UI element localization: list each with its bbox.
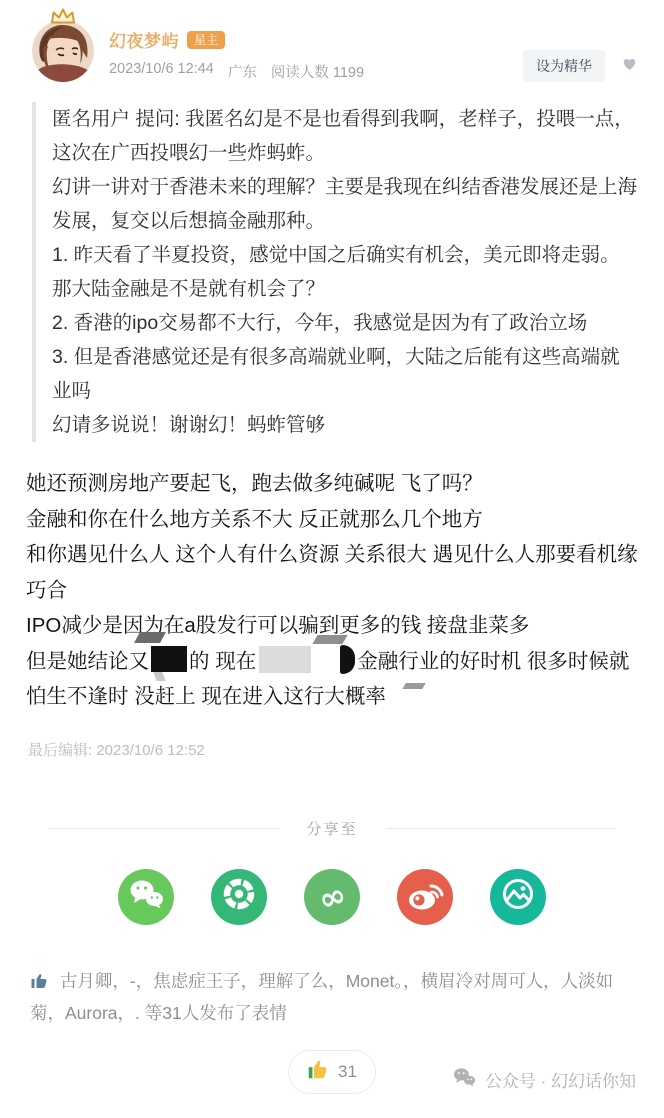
thumb-up-emoji-icon <box>307 1059 329 1085</box>
post-date: 2023/10/6 12:44 <box>109 61 214 82</box>
answer-paragraph-redacted: 但是她结论又的 现在金融行业的好时机 很多时候就怕生不逢时 没赶上 现在进入这行… <box>26 644 642 715</box>
divider-line <box>48 828 279 829</box>
poster-image-icon <box>500 876 536 917</box>
moments-aperture-icon <box>221 876 257 917</box>
wechat-icon <box>127 877 165 916</box>
share-wechat-button[interactable] <box>118 869 174 925</box>
like-button[interactable]: 31 <box>288 1050 376 1094</box>
avatar[interactable] <box>32 20 94 82</box>
reaction-names: 古月卿，-，焦虑症王子，理解了么，Monet。，横眉冷对周可人，人淡如菊，Aur… <box>30 971 613 1023</box>
last-edited-label: 最后编辑: 2023/10/6 12:52 <box>28 739 664 760</box>
post-header: 幻夜梦屿 星主 2023/10/6 12:44 广东 阅读人数 1199 设为精… <box>0 0 664 82</box>
post-meta: 2023/10/6 12:44 广东 阅读人数 1199 <box>109 61 364 82</box>
quoted-question: 匿名用户 提问: 我匿名幻是不是也看得到我啊，老样子，投喂一点，这次在广西投喂幻… <box>32 102 638 442</box>
answer-paragraph: 她还预测房地产要起飞，跑去做多纯碱呢 飞了吗？ <box>26 466 642 502</box>
reaction-list[interactable]: 古月卿，-，焦虑症王子，理解了么，Monet。，横眉冷对周可人，人淡如菊，Aur… <box>30 967 634 1028</box>
answer-paragraph: 和你遇见什么人 这个人有什么资源 关系很大 遇见什么人那要看机缘巧合 <box>26 537 642 608</box>
author-info: 幻夜梦屿 星主 2023/10/6 12:44 广东 阅读人数 1199 <box>109 20 364 82</box>
bottom-row: 31 公众号 · 幻幻话你知 <box>0 1050 664 1110</box>
divider-line <box>386 828 617 829</box>
like-count: 31 <box>338 1062 357 1082</box>
heart-icon[interactable] <box>621 56 638 77</box>
share-title: 分享至 <box>307 818 358 839</box>
read-count: 阅读人数 1199 <box>271 61 364 82</box>
weibo-icon <box>405 876 445 917</box>
thumb-up-icon <box>30 974 54 994</box>
share-icon-row: ∞ <box>0 869 664 925</box>
crown-icon <box>48 7 78 30</box>
account-footer: 公众号 · 幻幻话你知 <box>451 1066 636 1093</box>
set-digest-button[interactable]: 设为精华 <box>523 50 605 82</box>
post-page: 幻夜梦屿 星主 2023/10/6 12:44 广东 阅读人数 1199 设为精… <box>0 0 664 1118</box>
redaction-gray-box <box>259 646 311 673</box>
redaction-blob <box>340 645 355 674</box>
owner-badge: 星主 <box>187 31 225 49</box>
answer-paragraph: 金融和你在什么地方关系不大 反正就那么几个地方 <box>26 502 642 538</box>
share-divider: 分享至 <box>48 818 616 839</box>
share-poster-button[interactable] <box>490 869 546 925</box>
share-weibo-button[interactable] <box>397 869 453 925</box>
share-moments-button[interactable] <box>211 869 267 925</box>
username[interactable]: 幻夜梦屿 <box>109 27 179 52</box>
redaction-black-box <box>151 646 187 672</box>
answer-body: 她还预测房地产要起飞，跑去做多纯碱呢 飞了吗？ 金融和你在什么地方关系不大 反正… <box>26 466 642 715</box>
infinity-loop-icon: ∞ <box>314 877 349 916</box>
share-loop-button[interactable]: ∞ <box>304 869 360 925</box>
redaction-smudge <box>402 683 425 689</box>
post-location: 广东 <box>228 61 257 82</box>
account-name: 公众号 · 幻幻话你知 <box>485 1067 636 1092</box>
wechat-gray-icon <box>451 1066 477 1093</box>
